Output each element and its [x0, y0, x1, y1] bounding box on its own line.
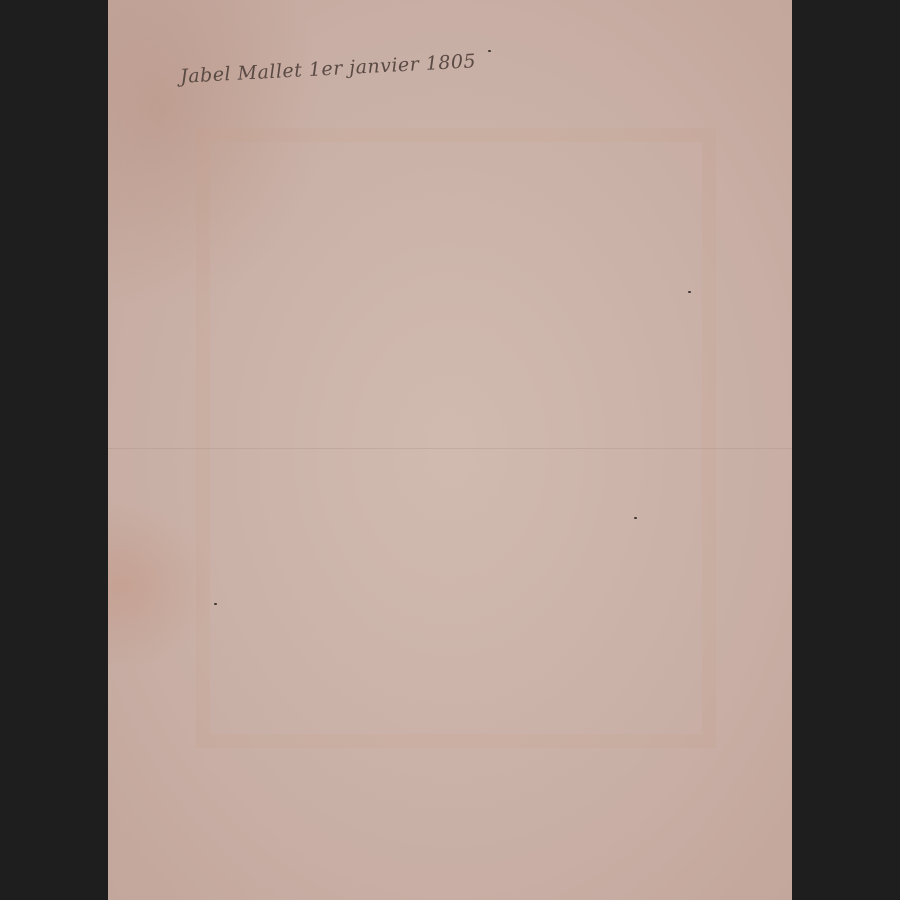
ink-speck [634, 517, 637, 519]
ink-speck [688, 291, 691, 293]
ink-speck [214, 603, 217, 605]
handwritten-inscription: Jabel Mallet 1er janvier 1805 [180, 50, 477, 87]
ink-speck [488, 50, 491, 52]
plate-mark [196, 128, 716, 748]
fold-line [108, 448, 792, 449]
paper-sheet: Jabel Mallet 1er janvier 1805 [108, 0, 792, 900]
